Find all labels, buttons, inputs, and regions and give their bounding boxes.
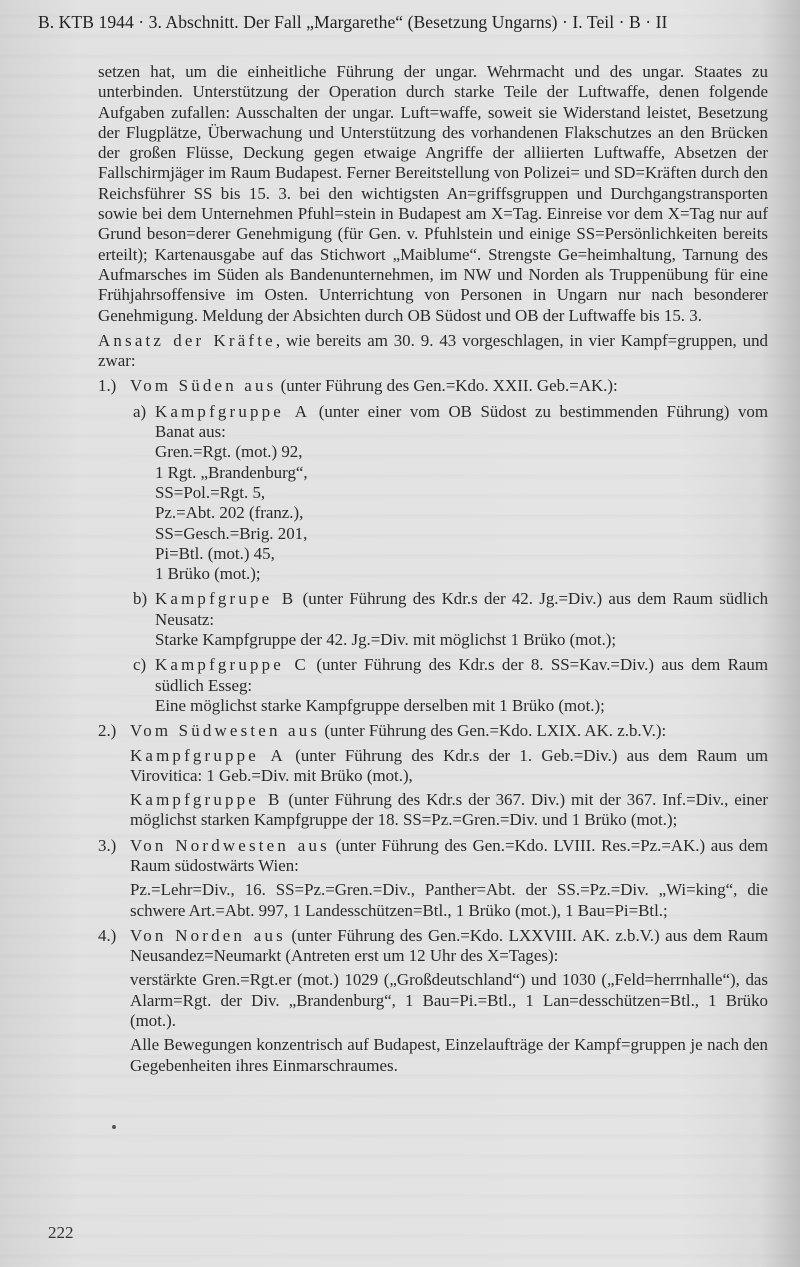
running-header: B. KTB 1944 · 3. Abschnitt. Der Fall „Ma… <box>38 12 768 33</box>
group-2-text: (unter Führung des Gen.=Kdo. LXIX. AK. z… <box>320 721 666 740</box>
group-4-number: 4.) <box>98 926 116 946</box>
unit-line: 1 Brüko (mot.); <box>155 564 768 584</box>
group-1: 1.) Vom Süden aus (unter Führung des Gen… <box>98 376 768 396</box>
group-2-block-a: Kampfgruppe A (unter Führung des Kdr.s d… <box>130 746 768 787</box>
intro-paragraph: setzen hat, um die einheitliche Führung … <box>98 62 768 326</box>
group-1a-letter: a) <box>133 402 146 422</box>
unit-line: Pz.=Abt. 202 (franz.), <box>155 503 768 523</box>
group-1b: b) Kampfgrupe B (unter Führung des Kdr.s… <box>98 589 768 650</box>
group-2-block-b: Kampfgruppe B (unter Führung des Kdr.s d… <box>130 790 768 831</box>
group-1-number: 1.) <box>98 376 116 396</box>
group-1b-letter: b) <box>133 589 147 609</box>
group-1a: a) Kampfgruppe A (unter einer vom OB Süd… <box>98 402 768 585</box>
group-1b-detail: Starke Kampfgruppe der 42. Jg.=Div. mit … <box>155 630 768 650</box>
group-1a-units: Gren.=Rgt. (mot.) 92, 1 Rgt. „Brandenbur… <box>155 442 768 584</box>
group-3: 3.) Von Nordwesten aus (unter Führung de… <box>98 836 768 921</box>
group-3-heading: Von Nordwesten aus <box>130 836 330 855</box>
group-2-number: 2.) <box>98 721 116 741</box>
group-4-detail: verstärkte Gren.=Rgt.er (mot.) 1029 („Gr… <box>130 970 768 1031</box>
unit-line: Pi=Btl. (mot.) 45, <box>155 544 768 564</box>
group-1a-heading: Kampfgruppe A <box>155 402 310 421</box>
page-body: setzen hat, um die einheitliche Führung … <box>98 62 768 1081</box>
group-3-detail: Pz.=Lehr=Div., 16. SS=Pz.=Gren.=Div., Pa… <box>130 880 768 921</box>
ansatz-heading: Ansatz der Kräfte <box>98 331 276 350</box>
group-1c-heading: Kampfgruppe C <box>155 655 309 674</box>
group-2a-heading: Kampfgruppe A <box>130 746 286 765</box>
group-4-heading: Von Norden aus <box>130 926 286 945</box>
group-1b-heading: Kampfgrupe B <box>155 589 296 608</box>
unit-line: SS=Gesch.=Brig. 201, <box>155 524 768 544</box>
group-2b-heading: Kampfgruppe B <box>130 790 283 809</box>
margin-mark <box>112 1125 116 1129</box>
group-1-heading: Vom Süden aus <box>130 376 276 395</box>
page-number: 222 <box>48 1223 74 1243</box>
closing-paragraph: Alle Bewegungen konzentrisch auf Budapes… <box>130 1035 768 1076</box>
ansatz-paragraph: Ansatz der Kräfte, wie bereits am 30. 9.… <box>98 331 768 372</box>
group-1c: c) Kampfgruppe C (unter Führung des Kdr.… <box>98 655 768 716</box>
group-2: 2.) Vom Südwesten aus (unter Führung des… <box>98 721 768 830</box>
group-2-heading: Vom Südwesten aus <box>130 721 320 740</box>
group-3-number: 3.) <box>98 836 116 856</box>
scanned-page: B. KTB 1944 · 3. Abschnitt. Der Fall „Ma… <box>0 0 800 1267</box>
unit-line: Gren.=Rgt. (mot.) 92, <box>155 442 768 462</box>
group-1c-detail: Eine möglichst starke Kampfgruppe dersel… <box>155 696 768 716</box>
unit-line: SS=Pol.=Rgt. 5, <box>155 483 768 503</box>
group-1c-letter: c) <box>133 655 146 675</box>
group-1-text: (unter Führung des Gen.=Kdo. XXII. Geb.=… <box>276 376 617 395</box>
group-4: 4.) Von Norden aus (unter Führung des Ge… <box>98 926 768 1076</box>
unit-line: 1 Rgt. „Brandenburg“, <box>155 463 768 483</box>
